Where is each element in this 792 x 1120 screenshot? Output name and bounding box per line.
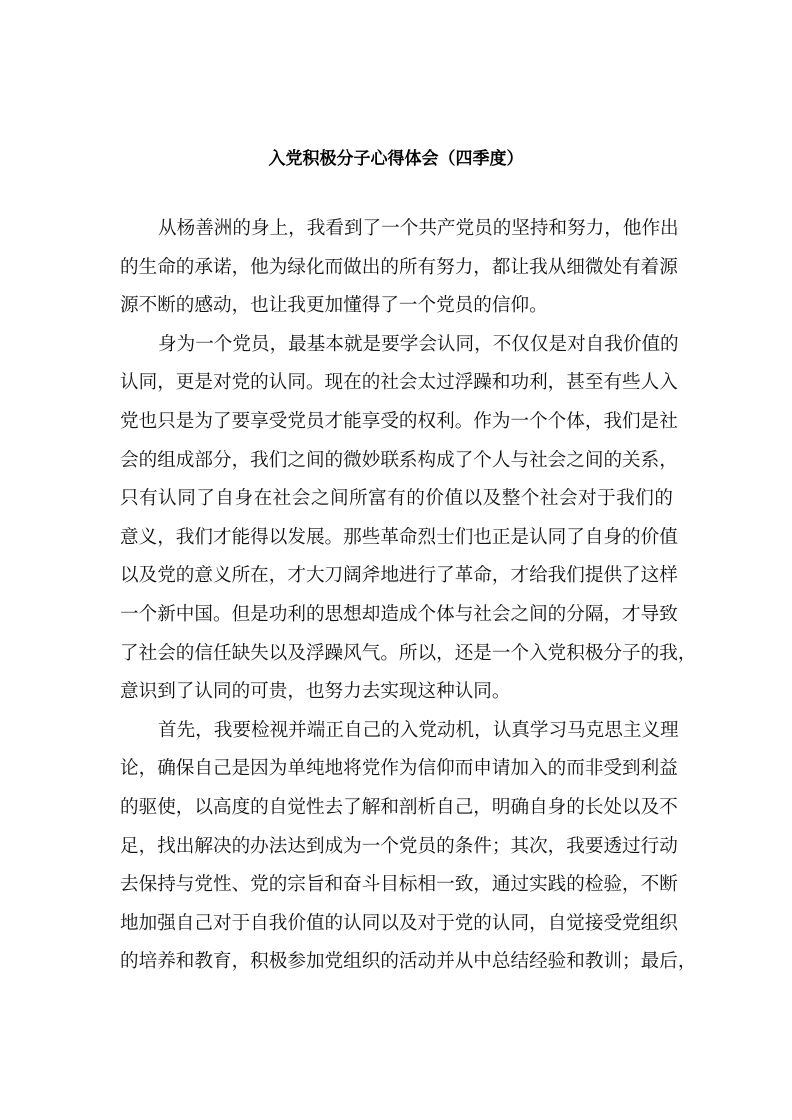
text-line: 只有认同了自身在社会之间所富有的价值以及整个社会对于我们的 <box>120 480 673 519</box>
text-line: 意识到了认同的可贵，也努力去实现这种认同。 <box>120 673 673 712</box>
text-line: 一个新中国。但是功利的思想却造成个体与社会之间的分隔，才导致 <box>120 596 673 635</box>
document-title: 入党积极分子心得体会（四季度） <box>0 147 792 171</box>
text-line: 论，确保自己是因为单纯地将党作为信仰而申请加入的而非受到利益 <box>120 750 673 789</box>
text-line: 的培养和教育，积极参加党组织的活动并从中总结经验和教训；最后， <box>120 943 673 982</box>
text-line: 了社会的信任缺失以及浮躁风气。所以，还是一个入党积极分子的我， <box>120 635 673 674</box>
document-page: 入党积极分子心得体会（四季度） 从杨善洲的身上，我看到了一个共产党员的坚持和努力… <box>0 0 792 1120</box>
text-line: 的生命的承诺，他为绿化而做出的所有努力，都让我从细微处有着源 <box>120 249 673 288</box>
document-body: 从杨善洲的身上，我看到了一个共产党员的坚持和努力，他作出 的生命的承诺，他为绿化… <box>120 210 673 982</box>
text-line: 首先，我要检视并端正自己的入党动机，认真学习马克思主义理 <box>120 712 673 751</box>
text-line: 从杨善洲的身上，我看到了一个共产党员的坚持和努力，他作出 <box>120 210 673 249</box>
text-line: 以及党的意义所在，才大刀阔斧地进行了革命，才给我们提供了这样 <box>120 557 673 596</box>
text-line: 会的组成部分，我们之间的微妙联系构成了个人与社会之间的关系， <box>120 442 673 481</box>
text-line: 认同，更是对党的认同。现在的社会太过浮躁和功利，甚至有些人入 <box>120 364 673 403</box>
text-line: 党也只是为了要享受党员才能享受的权利。作为一个个体，我们是社 <box>120 403 673 442</box>
text-line: 地加强自己对于自我价值的认同以及对于党的认同，自觉接受党组织 <box>120 905 673 944</box>
paragraph-3: 首先，我要检视并端正自己的入党动机，认真学习马克思主义理 论，确保自己是因为单纯… <box>120 712 673 982</box>
text-line: 意义，我们才能得以发展。那些革命烈士们也正是认同了自身的价值 <box>120 519 673 558</box>
text-line: 足，找出解决的办法达到成为一个党员的条件；其次，我要透过行动 <box>120 828 673 867</box>
text-line: 身为一个党员，最基本就是要学会认同，不仅仅是对自我价值的 <box>120 326 673 365</box>
text-line: 的驱使，以高度的自觉性去了解和剖析自己，明确自身的长处以及不 <box>120 789 673 828</box>
text-line: 去保持与党性、党的宗旨和奋斗目标相一致，通过实践的检验，不断 <box>120 866 673 905</box>
paragraph-2: 身为一个党员，最基本就是要学会认同，不仅仅是对自我价值的 认同，更是对党的认同。… <box>120 326 673 712</box>
text-line: 源不断的感动，也让我更加懂得了一个党员的信仰。 <box>120 287 673 326</box>
paragraph-1: 从杨善洲的身上，我看到了一个共产党员的坚持和努力，他作出 的生命的承诺，他为绿化… <box>120 210 673 326</box>
